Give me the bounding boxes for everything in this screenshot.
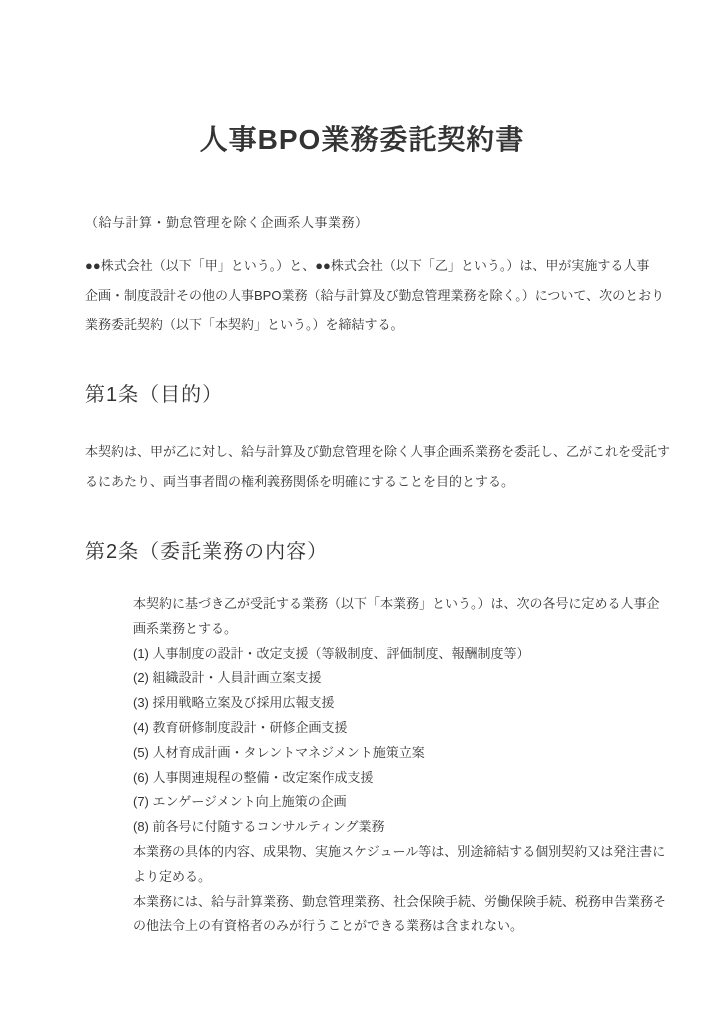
service-scope-item: (6) 人事関連規程の整備・改定案作成支援 <box>133 766 666 791</box>
service-scope-item: (5) 人材育成計画・タレントマネジメント施策立案 <box>133 741 666 766</box>
article-2-note-line: 本業務の具体的内容、成果物、実施スケジュール等は、別途締結する個別契約又は発注書… <box>133 840 666 865</box>
document-subtitle: （給与計算・勤怠管理を除く企画系人事業務） <box>85 213 369 233</box>
article-2-intro-line: 本契約に基づき乙が受託する業務（以下「本業務」という。）は、次の各号に定める人事… <box>133 592 666 617</box>
service-scope-item: (2) 組織設計・人員計画立案支援 <box>133 666 666 691</box>
article-1-body-line: るにあたり、両当事者間の権利義務関係を明確にすることを目的とする。 <box>85 467 670 497</box>
service-scope-item: (7) エンゲージメント向上施策の企画 <box>133 790 666 815</box>
service-scope-item: (8) 前各号に付随するコンサルティング業務 <box>133 815 666 840</box>
preamble-line: 業務委託契約（以下「本契約」という。）を締結する。 <box>85 310 664 340</box>
article-2-note-line: の他法令上の有資格者のみが行うことができる業務は含まれない。 <box>133 914 666 939</box>
article-2-body: 本契約に基づき乙が受託する業務（以下「本業務」という。）は、次の各号に定める人事… <box>133 592 666 939</box>
service-scope-item: (4) 教育研修制度設計・研修企画支援 <box>133 716 666 741</box>
contract-document-page: 人事BPO業務委託契約書 （給与計算・勤怠管理を除く企画系人事業務） ●●株式会… <box>0 0 724 1024</box>
article-2-heading: 第2条（委託業務の内容） <box>85 538 328 566</box>
article-2-intro-line: 画系業務とする。 <box>133 617 666 642</box>
document-title: 人事BPO業務委託契約書 <box>0 122 724 158</box>
article-1-body-line: 本契約は、甲が乙に対し、給与計算及び勤怠管理を除く人事企画系業務を委託し、乙がこ… <box>85 437 670 467</box>
preamble-line: ●●株式会社（以下「甲」という。）と、●●株式会社（以下「乙」という。）は、甲が… <box>85 251 664 281</box>
preamble-paragraph: ●●株式会社（以下「甲」という。）と、●●株式会社（以下「乙」という。）は、甲が… <box>85 251 664 340</box>
preamble-line: 企画・制度設計その他の人事BPO業務（給与計算及び勤怠管理業務を除く。）について… <box>85 281 664 311</box>
service-scope-item: (1) 人事制度の設計・改定支援（等級制度、評価制度、報酬制度等） <box>133 642 666 667</box>
article-1-heading: 第1条（目的） <box>85 381 223 409</box>
article-2-note-line: 本業務には、給与計算業務、勤怠管理業務、社会保険手続、労働保険手続、税務申告業務… <box>133 890 666 915</box>
article-1-body: 本契約は、甲が乙に対し、給与計算及び勤怠管理を除く人事企画系業務を委託し、乙がこ… <box>85 437 670 496</box>
service-scope-item: (3) 採用戦略立案及び採用広報支援 <box>133 691 666 716</box>
article-2-note-line: より定める。 <box>133 865 666 890</box>
